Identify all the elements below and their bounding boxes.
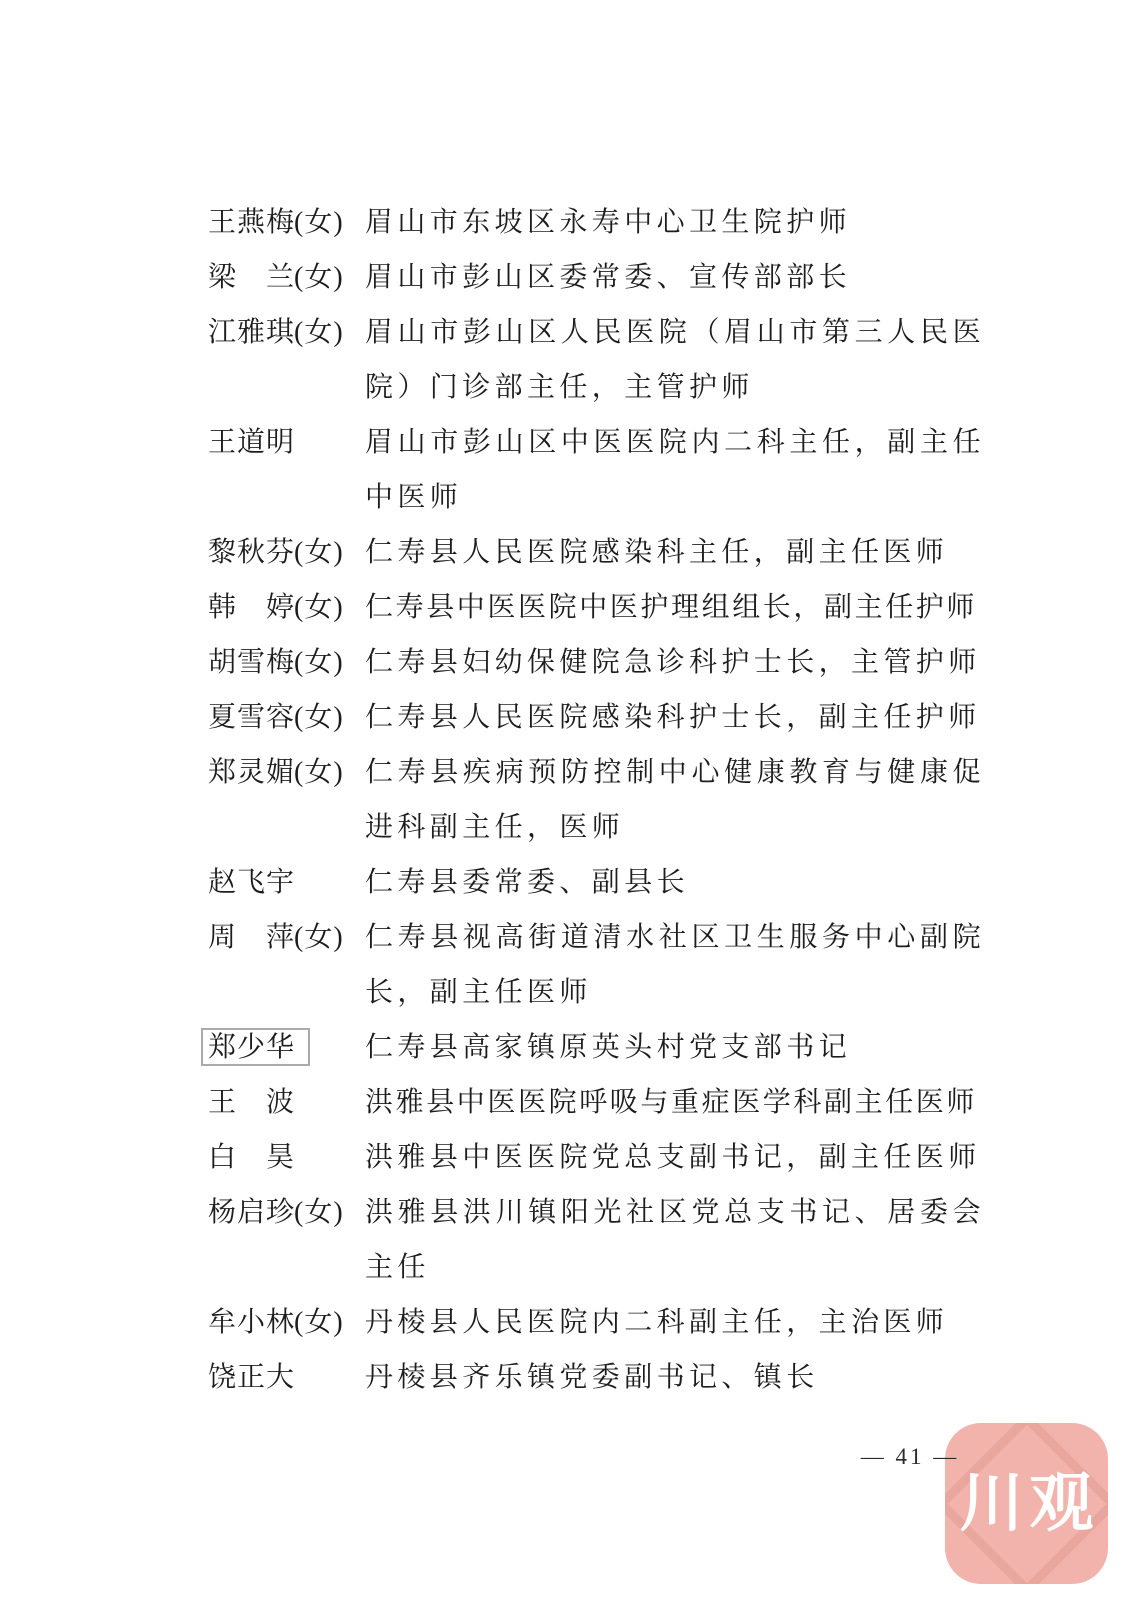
honor-list-entry: 杨启珍(女)洪雅县洪川镇阳光社区党总支书记、居委会主任	[208, 1185, 986, 1295]
honor-list-entry: 赵飞宇仁寿县委常委、副县长	[208, 855, 986, 910]
position-title: 仁寿县人民医院感染科护士长，副主任护师	[365, 690, 985, 745]
person-name: 杨启珍	[208, 1185, 294, 1240]
position-title: 仁寿县视高街道清水社区卫生服务中心副院长，副主任医师	[365, 910, 985, 1020]
scanned-document-page: 王燕梅(女)眉山市东坡区永寿中心卫生院护师梁 兰(女)眉山市彭山区委常委、宣传部…	[0, 0, 1124, 1600]
person-name: 饶正大	[208, 1350, 294, 1405]
honor-list-entry: 郑少华仁寿县高家镇原英头村党支部书记	[208, 1020, 986, 1075]
person-name: 王燕梅	[208, 195, 294, 250]
honor-list-entry: 江雅琪(女)眉山市彭山区人民医院（眉山市第三人民医院）门诊部主任，主管护师	[208, 305, 986, 415]
honor-list-entry: 郑灵媚(女)仁寿县疾病预防控制中心健康教育与健康促进科副主任，医师	[208, 745, 986, 855]
honor-list-entry: 周 萍(女)仁寿县视高街道清水社区卫生服务中心副院长，副主任医师	[208, 910, 986, 1020]
position-title: 仁寿县疾病预防控制中心健康教育与健康促进科副主任，医师	[365, 745, 985, 855]
gender-marker: (女)	[294, 305, 365, 360]
position-title: 眉山市彭山区人民医院（眉山市第三人民医院）门诊部主任，主管护师	[365, 305, 985, 415]
position-title: 洪雅县洪川镇阳光社区党总支书记、居委会主任	[365, 1185, 985, 1295]
person-name: 王 波	[208, 1075, 294, 1130]
honor-list-entry: 牟小林(女)丹棱县人民医院内二科副主任，主治医师	[208, 1295, 986, 1350]
logo-text: 川观	[954, 1472, 1100, 1536]
gender-marker: (女)	[294, 1295, 365, 1350]
position-title: 丹棱县齐乐镇党委副书记、镇长	[365, 1350, 985, 1405]
honor-list-entry: 王道明眉山市彭山区中医医院内二科主任，副主任中医师	[208, 415, 986, 525]
person-name: 韩 婷	[208, 580, 294, 635]
position-title: 仁寿县高家镇原英头村党支部书记	[365, 1020, 985, 1075]
honor-list-entry: 王燕梅(女)眉山市东坡区永寿中心卫生院护师	[208, 195, 986, 250]
position-title: 仁寿县妇幼保健院急诊科护士长，主管护师	[365, 635, 985, 690]
person-name: 王道明	[208, 415, 294, 470]
honor-list-entry: 韩 婷(女)仁寿县中医医院中医护理组组长，副主任护师	[208, 580, 986, 635]
person-name: 夏雪容	[208, 690, 294, 745]
position-title: 丹棱县人民医院内二科副主任，主治医师	[365, 1295, 985, 1350]
gender-marker: (女)	[294, 635, 365, 690]
honor-list-entry: 黎秋芬(女)仁寿县人民医院感染科主任，副主任医师	[208, 525, 986, 580]
gender-marker: (女)	[294, 580, 365, 635]
person-name: 赵飞宇	[208, 855, 294, 910]
position-title: 洪雅县中医医院党总支副书记，副主任医师	[365, 1130, 985, 1185]
person-name: 黎秋芬	[208, 525, 294, 580]
position-title: 眉山市彭山区中医医院内二科主任，副主任中医师	[365, 415, 985, 525]
gender-marker: (女)	[294, 525, 365, 580]
page-number: — 41 —	[810, 1444, 1010, 1470]
position-title: 眉山市彭山区委常委、宣传部部长	[365, 250, 985, 305]
person-name: 郑灵媚	[208, 745, 294, 800]
honor-roll-list: 王燕梅(女)眉山市东坡区永寿中心卫生院护师梁 兰(女)眉山市彭山区委常委、宣传部…	[208, 195, 986, 1405]
honor-list-entry: 饶正大丹棱县齐乐镇党委副书记、镇长	[208, 1350, 986, 1405]
person-name: 白 昊	[208, 1130, 294, 1185]
honor-list-entry: 胡雪梅(女)仁寿县妇幼保健院急诊科护士长，主管护师	[208, 635, 986, 690]
honor-list-entry: 梁 兰(女)眉山市彭山区委常委、宣传部部长	[208, 250, 986, 305]
person-name: 牟小林	[208, 1295, 294, 1350]
person-name: 胡雪梅	[208, 635, 294, 690]
gender-marker: (女)	[294, 1185, 365, 1240]
honor-list-entry: 王 波洪雅县中医医院呼吸与重症医学科副主任医师	[208, 1075, 986, 1130]
honor-list-entry: 白 昊洪雅县中医医院党总支副书记，副主任医师	[208, 1130, 986, 1185]
gender-marker: (女)	[294, 745, 365, 800]
person-name: 梁 兰	[208, 250, 294, 305]
person-name: 郑少华	[208, 1020, 294, 1075]
gender-marker: (女)	[294, 195, 365, 250]
position-title: 洪雅县中医医院呼吸与重症医学科副主任医师	[365, 1075, 985, 1130]
honor-list-entry: 夏雪容(女)仁寿县人民医院感染科护士长，副主任护师	[208, 690, 986, 745]
gender-marker: (女)	[294, 250, 365, 305]
gender-marker: (女)	[294, 910, 365, 965]
person-name: 江雅琪	[208, 305, 294, 360]
position-title: 眉山市东坡区永寿中心卫生院护师	[365, 195, 985, 250]
gender-marker: (女)	[294, 690, 365, 745]
person-name: 周 萍	[208, 910, 294, 965]
position-title: 仁寿县人民医院感染科主任，副主任医师	[365, 525, 985, 580]
position-title: 仁寿县委常委、副县长	[365, 855, 985, 910]
position-title: 仁寿县中医医院中医护理组组长，副主任护师	[365, 580, 985, 635]
